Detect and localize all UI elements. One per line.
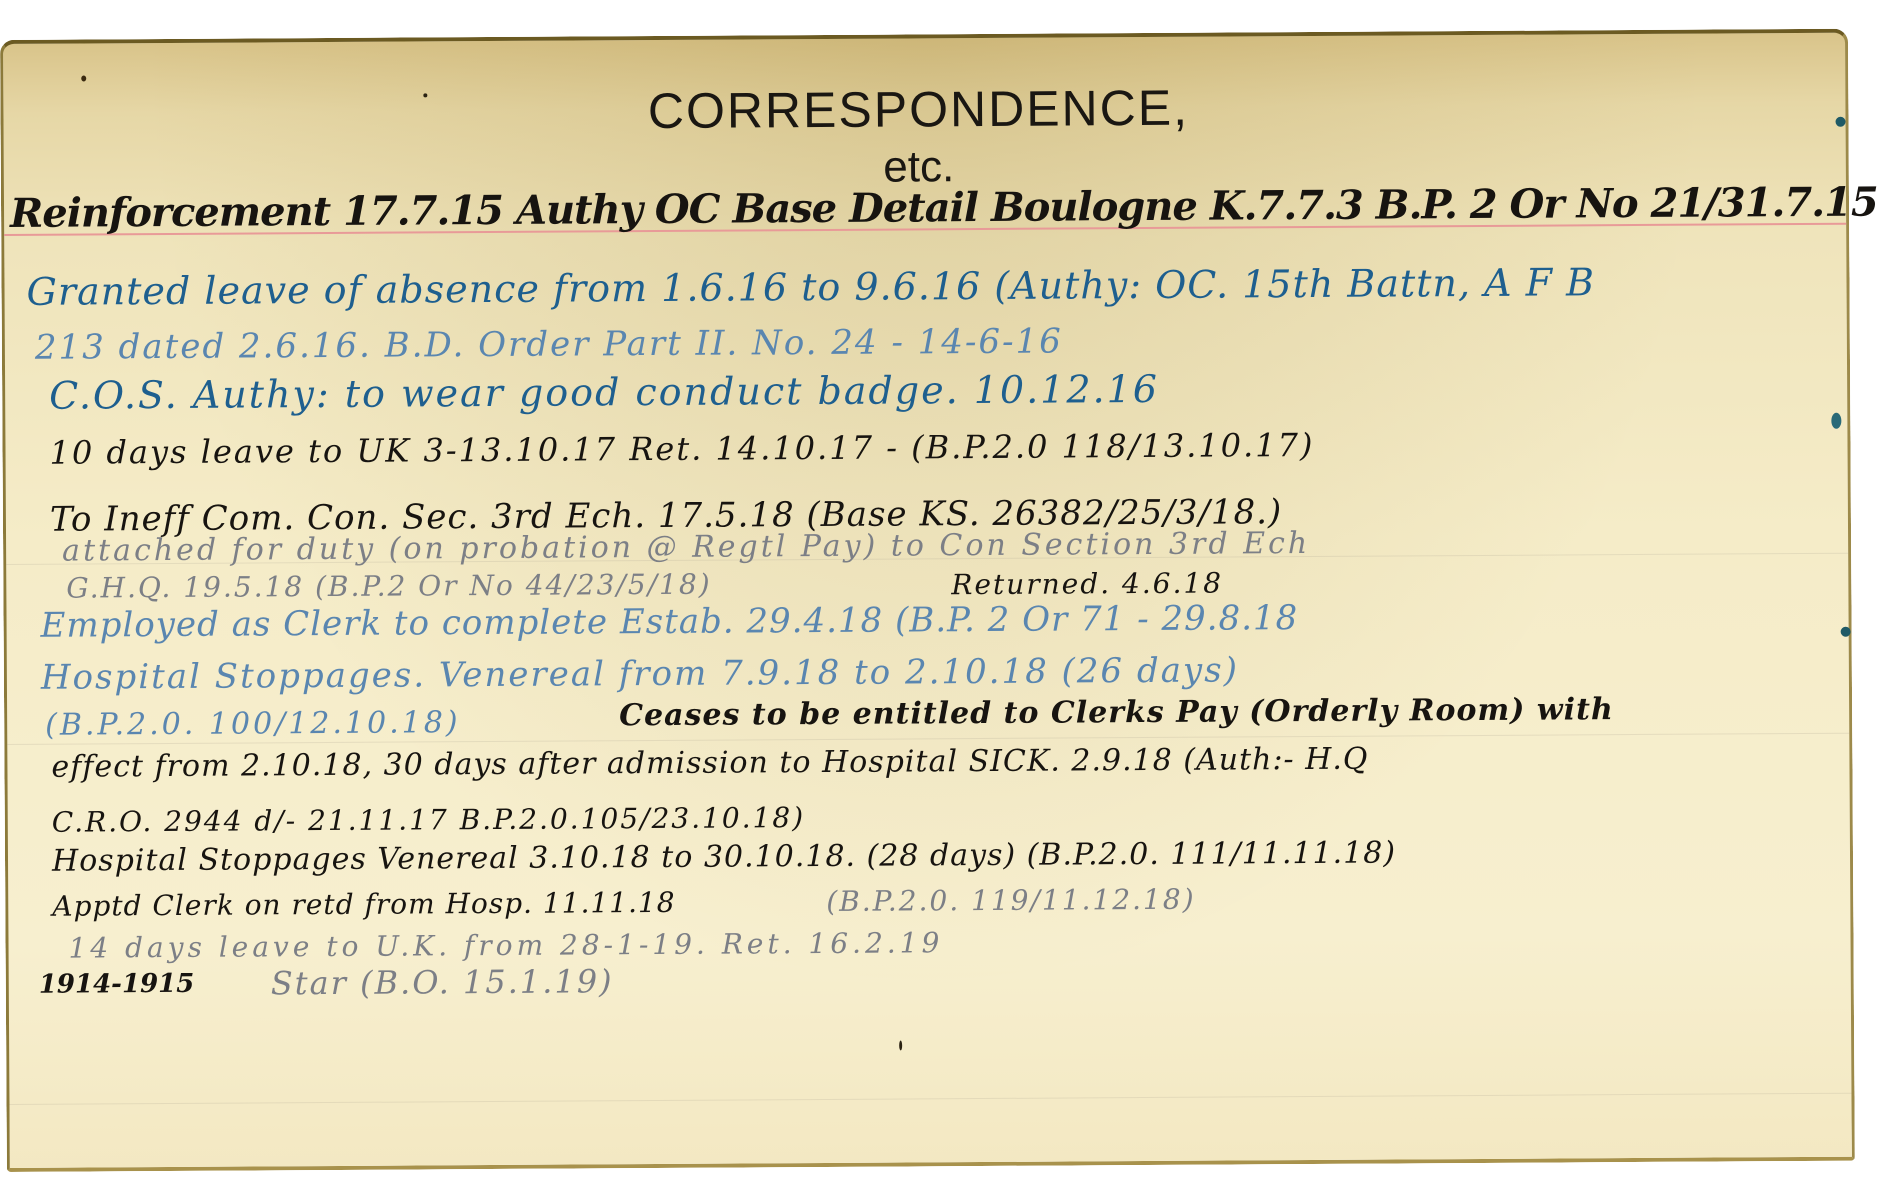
entry-leave-1916: Granted leave of absence from 1.6.16 to … bbox=[26, 260, 1595, 314]
entry-bp-119: (B.P.2.0. 119/11.12.18) bbox=[826, 883, 1195, 918]
ink-blot bbox=[1831, 413, 1841, 429]
entry-reinforcement: Reinforcement 17.7.15 Authy OC Base Deta… bbox=[10, 179, 1878, 237]
entry-returned: Returned. 4.6.18 bbox=[951, 567, 1223, 602]
entry-leave-1919: 14 days leave to U.K. from 28-1-19. Ret.… bbox=[68, 926, 943, 964]
ink-blot bbox=[1841, 627, 1851, 637]
entry-hospital-stoppages-2: Hospital Stoppages Venereal 3.10.18 to 3… bbox=[52, 835, 1396, 878]
entry-ceases-clerks-pay: Ceases to be entitled to Clerks Pay (Ord… bbox=[619, 692, 1614, 733]
entry-star: Star (B.O. 15.1.19) bbox=[271, 962, 614, 1002]
ink-speck bbox=[899, 1041, 902, 1051]
entry-employed-as-clerk: Employed as Clerk to complete Estab. 29.… bbox=[40, 598, 1298, 646]
entry-ghq: G.H.Q. 19.5.18 (B.P.2 Or No 44/23/5/18) bbox=[66, 568, 712, 605]
entry-bd-order: 213 dated 2.6.16. B.D. Order Part II. No… bbox=[35, 322, 1063, 368]
entry-cro: C.R.O. 2944 d/- 21.11.17 B.P.2.0.105/23.… bbox=[52, 801, 806, 839]
entry-hospital-stoppages-1: Hospital Stoppages. Venereal from 7.9.18… bbox=[41, 650, 1239, 697]
entry-attached-for-duty: attached for duty (on probation @ Regtl … bbox=[62, 526, 1310, 569]
entry-effect-from: effect from 2.10.18, 30 days after admis… bbox=[51, 742, 1368, 785]
ink-speck bbox=[81, 75, 86, 81]
entry-leave-1917: 10 days leave to UK 3-13.10.17 Ret. 14.1… bbox=[49, 426, 1314, 472]
ruled-line bbox=[9, 1093, 1851, 1105]
entry-apptd-clerk: Apptd Clerk on retd from Hosp. 11.11.18 bbox=[52, 886, 675, 923]
entry-bp-100: (B.P.2.0. 100/12.10.18) bbox=[45, 705, 461, 743]
ink-blot bbox=[1836, 117, 1846, 127]
card-heading: CORRESPONDENCE, bbox=[603, 78, 1233, 140]
correspondence-record-card: CORRESPONDENCE, etc. Reinforcement 17.7.… bbox=[0, 29, 1855, 1172]
entry-star-years: 1914-1915 bbox=[39, 969, 195, 1000]
entry-good-conduct-badge: C.O.S. Authy: to wear good conduct badge… bbox=[49, 367, 1159, 418]
ink-speck bbox=[423, 93, 427, 97]
